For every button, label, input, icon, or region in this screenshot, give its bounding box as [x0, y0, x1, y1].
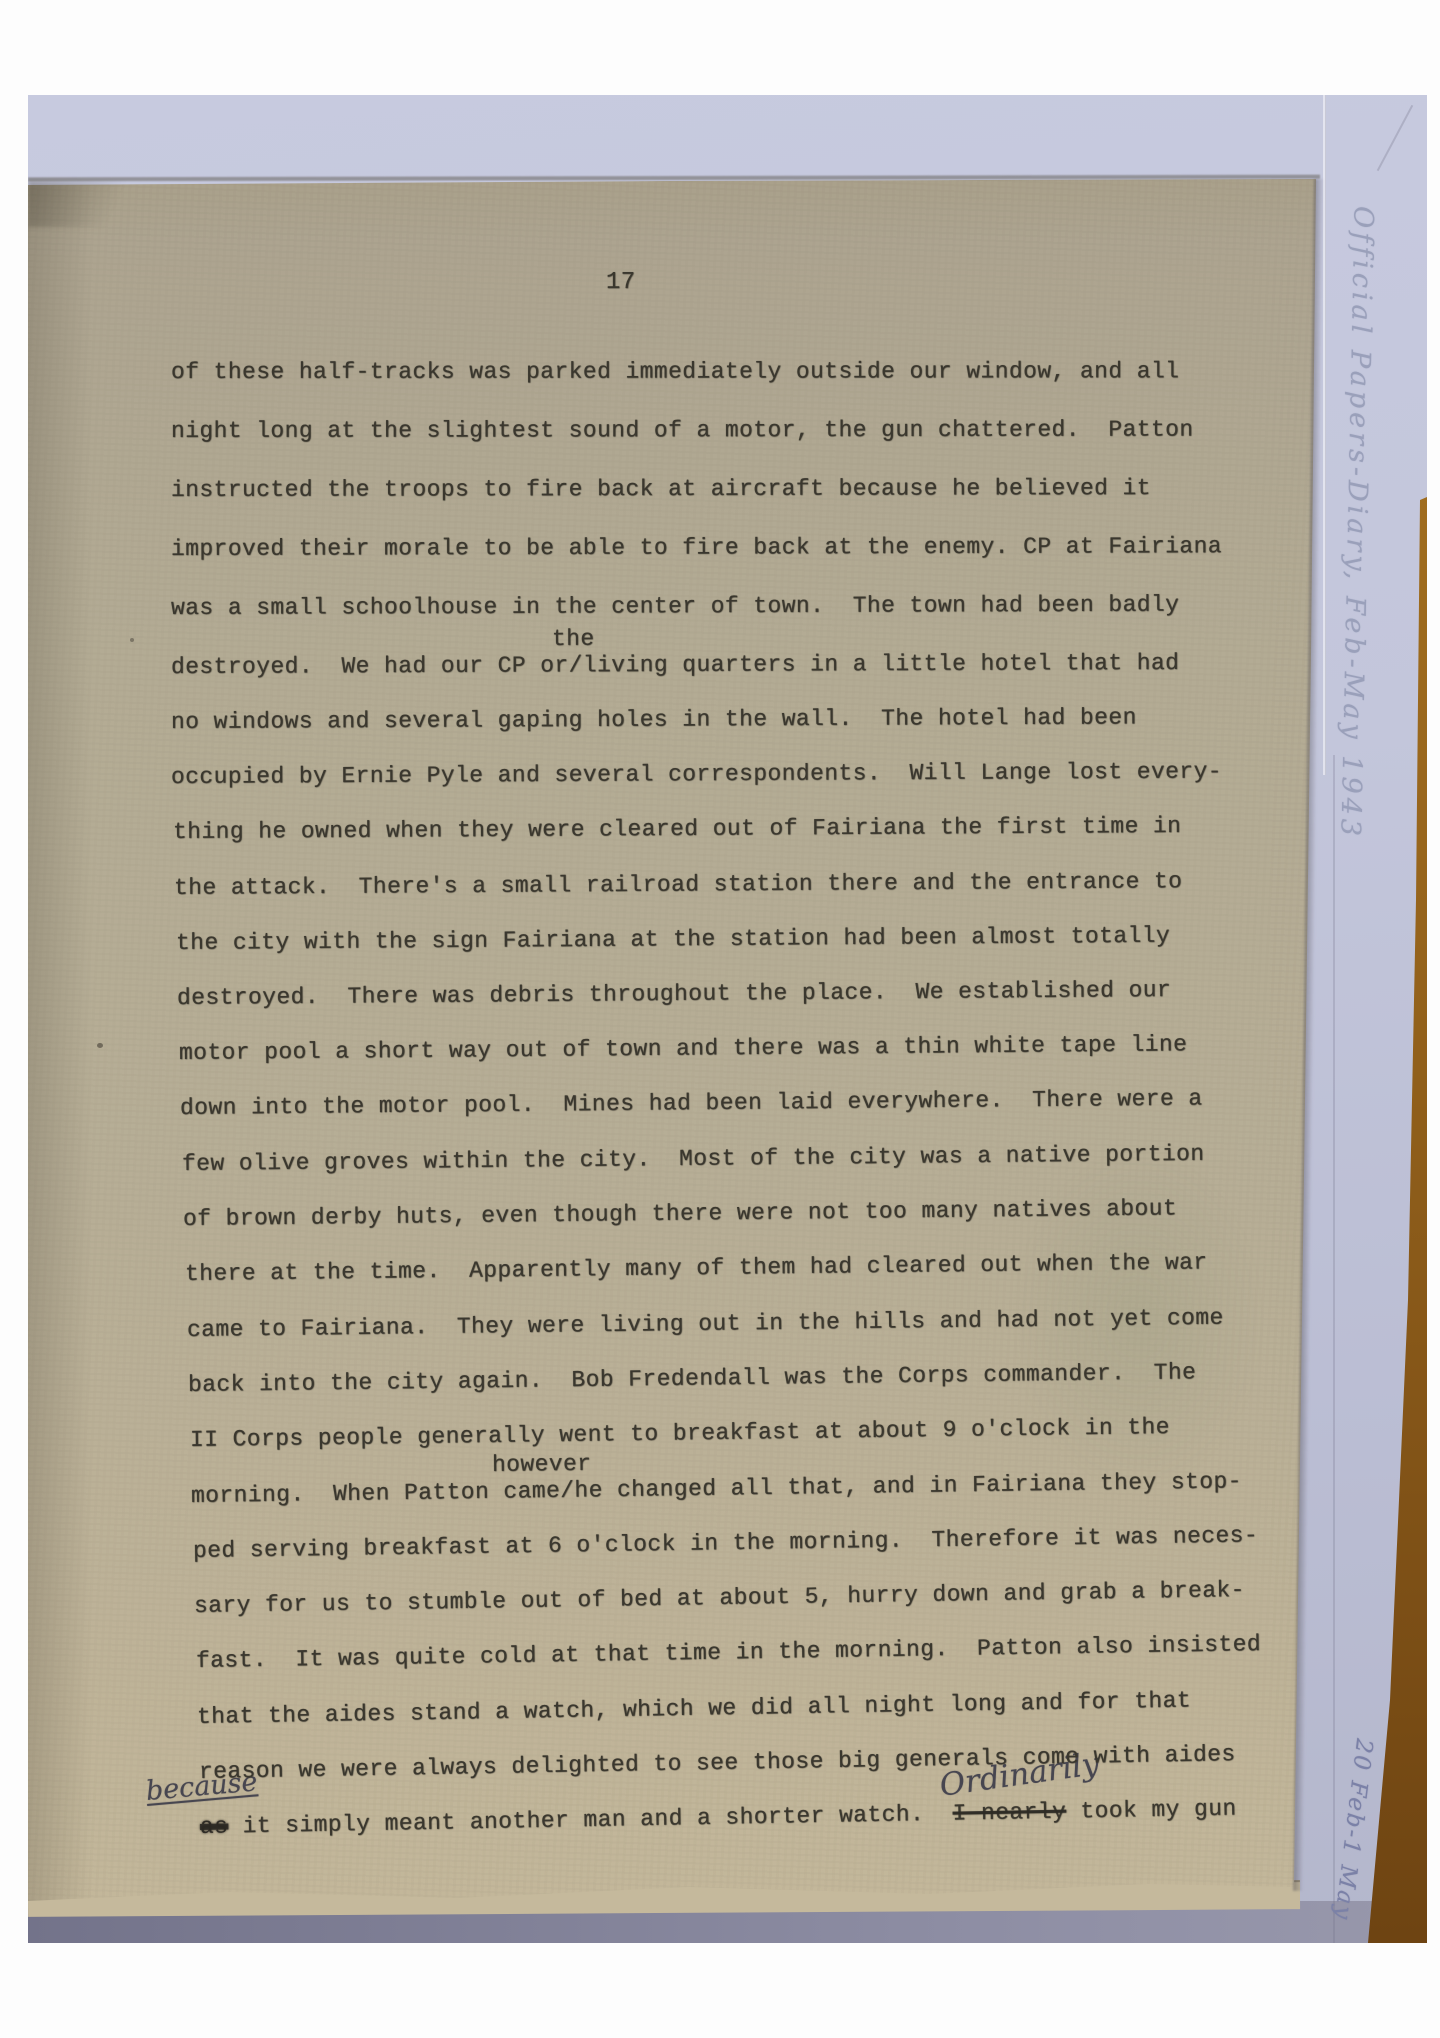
typed-line: was a small schoolhouse in the center of…	[171, 592, 1179, 621]
page-number: 17	[606, 270, 636, 296]
typed-line: night long at the slightest sound of a m…	[171, 417, 1194, 444]
archive-photo-scan: 17 the however as it simply meant anothe…	[0, 0, 1440, 2038]
typed-line: no windows and several gaping holes in t…	[171, 704, 1137, 735]
struck-text: as	[200, 1813, 229, 1840]
page-left-shading	[28, 175, 92, 1905]
typed-insertion-the: the	[552, 626, 595, 652]
folder-corner-crease	[1377, 105, 1414, 171]
typed-insertion-however: however	[492, 1451, 592, 1478]
typed-line: destroyed. We had our CP or/living quart…	[171, 650, 1179, 680]
typed-line: of these half-tracks was parked immediat…	[171, 358, 1179, 385]
typed-text: took my gun	[1066, 1796, 1237, 1825]
typed-line: instructed the troops to fire back at ai…	[171, 475, 1151, 503]
page-corner-shadow	[28, 181, 148, 227]
struck-text: I nearly	[952, 1799, 1066, 1827]
paper-speck	[130, 638, 134, 642]
typed-line: improved their morale to be able to fire…	[171, 533, 1222, 562]
paper-speck	[97, 1043, 103, 1048]
folder-crease-line-lower	[1333, 755, 1335, 1943]
typed-line: occupied by Ernie Pyle and several corre…	[171, 758, 1222, 790]
